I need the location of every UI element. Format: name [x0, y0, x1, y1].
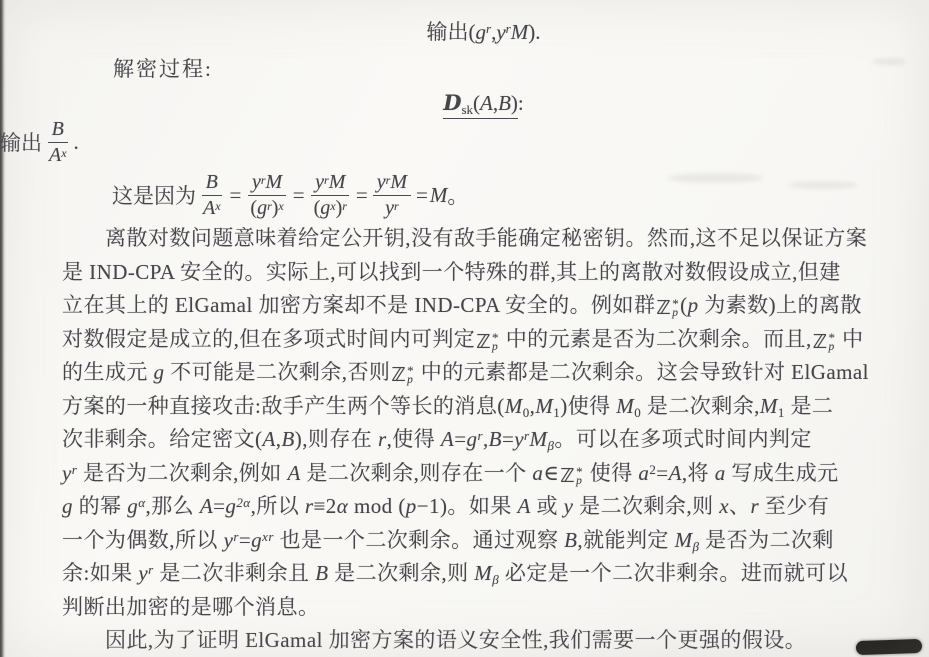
z-star-p-symbol: ℤ*p	[560, 460, 583, 494]
math-var: M	[535, 394, 553, 418]
math-var: g	[225, 494, 236, 518]
math-var: y	[252, 171, 261, 193]
math-var: a	[715, 461, 726, 485]
math-var: α	[337, 494, 348, 518]
math-var: A	[263, 427, 276, 451]
math-var: y	[496, 20, 505, 44]
math-var: M	[474, 561, 492, 585]
math-var: g	[466, 427, 477, 451]
math-var: B	[489, 427, 502, 451]
formula-decryption-output: 输出BAx.	[0, 116, 79, 168]
math-var: M	[511, 20, 529, 44]
math-sup: x	[215, 199, 220, 213]
math-var: M	[266, 171, 283, 193]
math-var: M	[760, 394, 778, 418]
math-var: y	[138, 561, 148, 585]
math-var: M	[616, 394, 634, 418]
math-var: M	[530, 427, 548, 451]
z-star-p-symbol: ℤ*p	[656, 292, 679, 326]
math-var: B	[206, 171, 218, 193]
math-var: y	[514, 427, 524, 451]
math-sup: r	[394, 199, 399, 213]
math-var: M	[390, 171, 407, 193]
math-var: B	[564, 528, 577, 552]
fraction: yrMyr	[373, 171, 411, 219]
scan-smudge	[872, 58, 906, 65]
math-var: a	[532, 461, 543, 485]
scan-binding-edge	[0, 0, 6, 657]
math-var: A	[518, 494, 531, 518]
math-var: A	[480, 91, 493, 115]
math-var: A	[200, 494, 213, 518]
math-var: y	[62, 461, 72, 485]
math-var: r	[378, 427, 387, 451]
text-line: 的生成元 g 不可能是二次剩余,否则ℤ*p 中的元素都是二次剩余。这会导致针对 …	[62, 356, 911, 390]
math-var: D	[443, 90, 461, 115]
math-var: M	[675, 528, 693, 552]
math-var: B	[281, 427, 294, 451]
math-var: y	[224, 528, 234, 552]
math-var: p	[406, 494, 417, 518]
math-sub: sk	[461, 102, 473, 117]
text-line: 对数假定是成立的,但在多项式时间内可判定ℤ*p 中的元素是否为二次剩余。而且,ℤ…	[62, 323, 911, 357]
math-var: M	[505, 394, 523, 418]
text-line: 方案的一种直接攻击:敌手产生两个等长的消息(M0,M1)使得 M0 是二次剩余,…	[62, 390, 911, 424]
math-var: B	[315, 561, 328, 585]
formula-correctness-derivation: 这是因为BAx=yrM(gr)x=yrM(gx)r=yrMyr=M。	[112, 168, 468, 222]
math-var: g	[476, 20, 487, 44]
math-var: M	[329, 171, 346, 193]
text-line: g 的幂 gα,那么 A=g2α,所以 r≡2α mod (p−1)。如果 A …	[62, 490, 911, 524]
document-page: 输出(gr,yrM). 解密过程: Dsk(A,B): 输出BAx. 这是因为B…	[0, 0, 929, 657]
scan-smudge	[668, 173, 764, 183]
text-line: 次非剩余。给定密文(A,B),则存在 r,使得 A=gr,B=yrMβ。可以在多…	[62, 423, 911, 457]
fraction: yrM(gr)x	[246, 171, 287, 219]
text-line: 余:如果 yr 是二次非剩余且 B 是二次剩余,则 Mβ 必定是一个二次非剩余。…	[62, 557, 911, 591]
text-line: 一个为偶数,所以 yr=gxr 也是一个二次剩余。通过观察 B,就能判定 Mβ …	[62, 524, 911, 558]
math-var: g	[127, 494, 138, 518]
math-var: p	[688, 293, 699, 317]
text-line: 判断出加密的是哪个消息。	[62, 591, 911, 625]
text-line: 离散对数问题意味着给定公开钥,没有敌手能确定秘密钥。然而,这不足以保证方案	[62, 222, 911, 256]
math-var: A	[669, 461, 682, 485]
math-var: A	[49, 144, 61, 166]
math-var: g	[154, 360, 165, 384]
math-var: y	[385, 197, 394, 219]
math-sup: x	[278, 199, 283, 213]
math-var: A	[287, 461, 300, 485]
formula-decryption-function: Dsk(A,B):	[62, 90, 905, 116]
scan-smudge	[788, 181, 858, 189]
math-var: g	[62, 494, 73, 518]
math-sup: α	[138, 495, 145, 510]
math-sub: 1	[778, 405, 785, 420]
paragraph-discrete-log-attack: 离散对数问题意味着给定公开钥,没有敌手能确定秘密钥。然而,这不足以保证方案 是 …	[62, 222, 911, 624]
z-star-p-symbol: ℤ*p	[476, 326, 499, 360]
math-sup: xr	[262, 529, 274, 544]
math-var: M	[430, 183, 448, 208]
math-var: g	[257, 197, 267, 219]
math-var: A	[441, 427, 454, 451]
math-var: g	[320, 197, 330, 219]
math-var: x	[719, 494, 729, 518]
decryption-process-label: 解密过程:	[113, 53, 213, 83]
text-line: yr 是否为二次剩余,例如 A 是二次剩余,则存在一个 a∈ℤ*p 使得 a2=…	[62, 457, 911, 491]
math-sup: r	[342, 199, 347, 213]
math-var: A	[203, 197, 215, 219]
formula-encryption-output: 输出(gr,yrM).	[62, 16, 905, 46]
math-var: y	[377, 171, 386, 193]
math-sup: x	[61, 146, 66, 160]
paragraph-conclusion: 因此,为了证明 ElGamal 加密方案的语义安全性,我们需要一个更强的假设。	[62, 624, 911, 657]
math-var: y	[315, 171, 324, 193]
math-var: r	[305, 494, 314, 518]
text-line: 立在其上的 ElGamal 加密方案却不是 IND-CPA 安全的。例如群ℤ*p…	[62, 289, 911, 323]
text-line: 因此,为了证明 ElGamal 加密方案的语义安全性,我们需要一个更强的假设。	[62, 624, 911, 657]
text-line: 是 IND-CPA 安全的。实际上,可以找到一个特殊的群,其上的离散对数假设成立…	[62, 256, 911, 290]
math-var: y	[564, 494, 574, 518]
math-var: B	[498, 91, 511, 115]
math-var: a	[638, 461, 649, 485]
math-var: B	[52, 118, 64, 140]
math-var: r	[750, 494, 759, 518]
z-star-p-symbol: ℤ*p	[391, 359, 414, 393]
z-star-p-symbol: ℤ*p	[813, 326, 836, 360]
math-sub: 0	[523, 405, 530, 420]
fraction: BAx	[199, 171, 225, 219]
math-var: g	[251, 528, 262, 552]
fraction: yrM(gx)r	[310, 171, 351, 219]
math-sup: 2α	[236, 495, 250, 510]
fraction: BAx	[45, 118, 71, 166]
